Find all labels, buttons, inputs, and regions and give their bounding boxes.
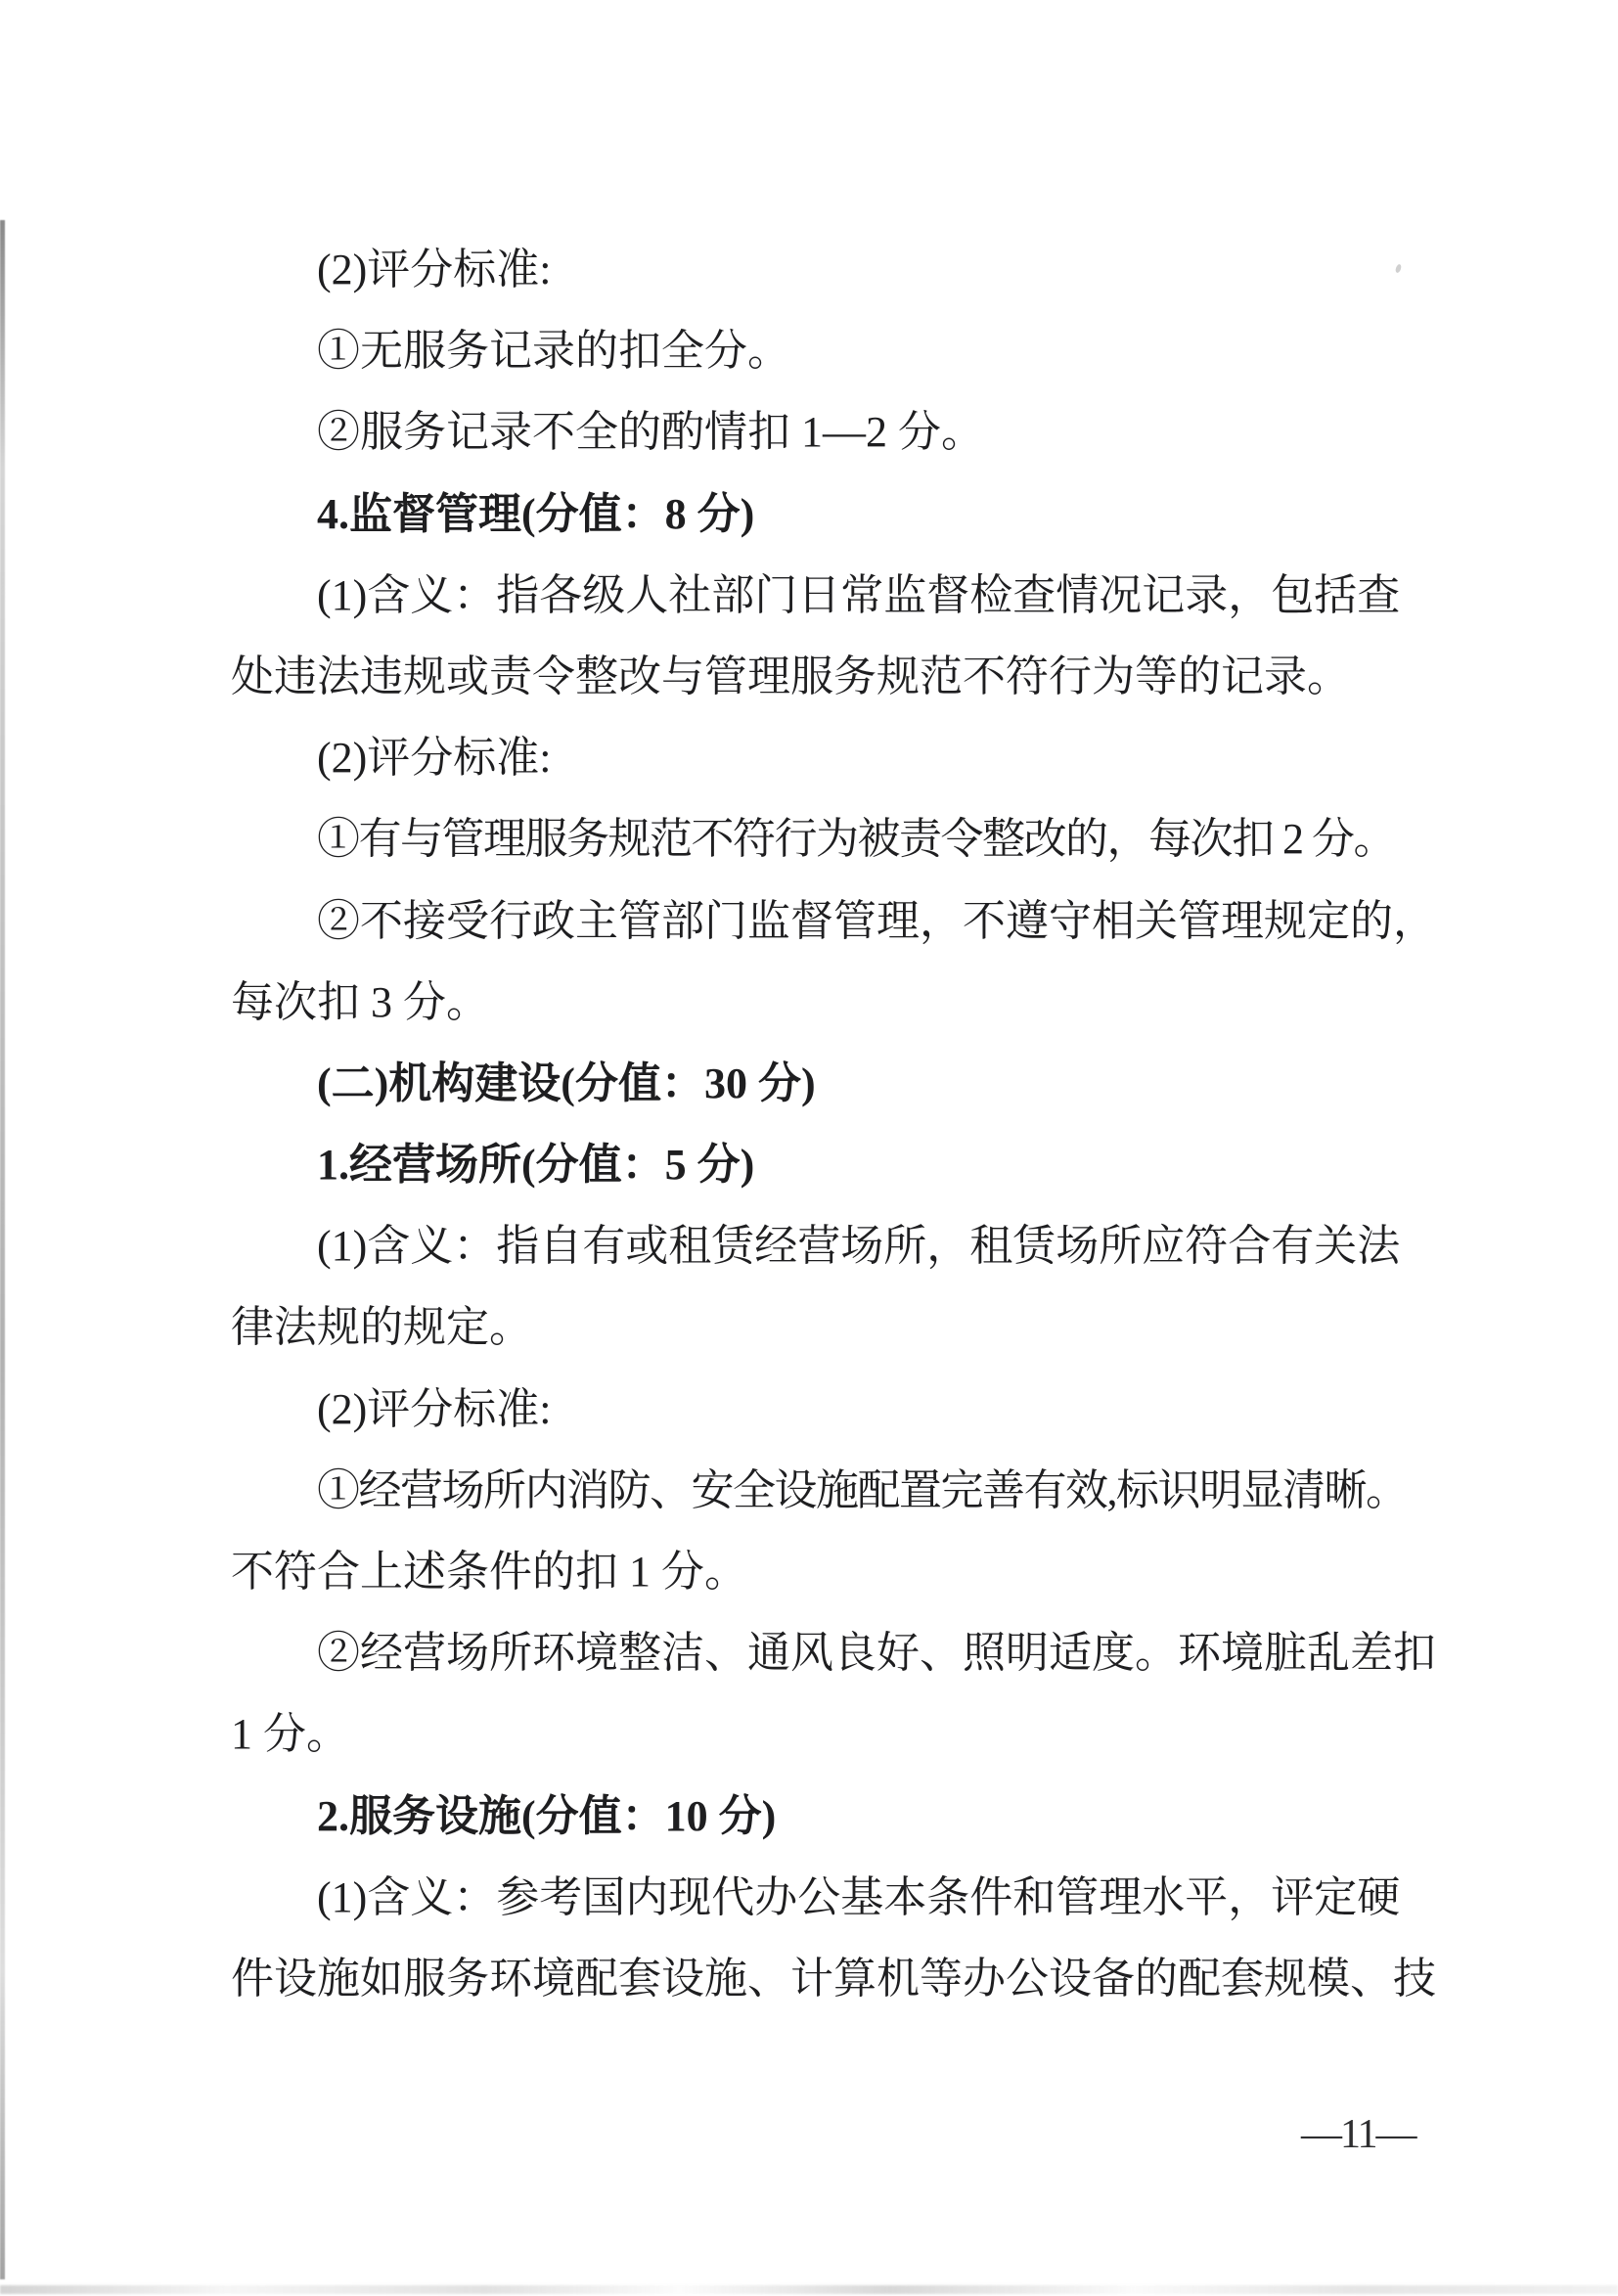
document-body: (2)评分标准:①无服务记录的扣全分。②服务记录不全的酌情扣 1—2 分。4.监… [231, 229, 1432, 2019]
heading-line: 4.监督管理(分值：8 分) [231, 473, 1432, 555]
text-line: 1 分。 [231, 1693, 1432, 1775]
heading-line: 1.经营场所(分值：5 分) [231, 1124, 1432, 1205]
scan-smudge-artifact [0, 2285, 1618, 2294]
text-line: 件设施如服务环境配套设施、计算机等办公设备的配套规模、技 [231, 1938, 1432, 2019]
text-line: ①有与管理服务规范不符行为被责令整改的，每次扣 2 分。 [231, 798, 1432, 879]
text-line: 处违法违规或责令整改与管理服务规范不符行为等的记录。 [231, 636, 1432, 717]
text-line: ②服务记录不全的酌情扣 1—2 分。 [231, 391, 1432, 473]
text-line: 律法规的规定。 [231, 1286, 1432, 1368]
heading-line: (二)机构建设(分值：30 分) [231, 1043, 1432, 1124]
text-line: 不符合上述条件的扣 1 分。 [231, 1531, 1432, 1612]
text-line: ①无服务记录的扣全分。 [231, 310, 1432, 391]
text-line: (2)评分标准: [231, 1369, 1432, 1450]
text-line: ②经营场所环境整洁、通风良好、照明适度。环境脏乱差扣 [231, 1612, 1432, 1693]
text-line: (2)评分标准: [231, 717, 1432, 798]
text-line: ②不接受行政主管部门监督管理，不遵守相关管理规定的， [231, 880, 1432, 962]
text-line: (1)含义：指各级人社部门日常监督检查情况记录，包括查 [231, 555, 1432, 636]
document-page: (2)评分标准:①无服务记录的扣全分。②服务记录不全的酌情扣 1—2 分。4.监… [0, 0, 1618, 2296]
text-line: 每次扣 3 分。 [231, 962, 1432, 1043]
text-line: (2)评分标准: [231, 229, 1432, 310]
page-number: —11— [1301, 2103, 1415, 2166]
heading-line: 2.服务设施(分值：10 分) [231, 1776, 1432, 1857]
text-line: (1)含义：指自有或租赁经营场所，租赁场所应符合有关法 [231, 1205, 1432, 1286]
text-line: ①经营场所内消防、安全设施配置完善有效,标识明显清晰。 [231, 1450, 1432, 1531]
text-line: (1)含义：参考国内现代办公基本条件和管理水平，评定硬 [231, 1857, 1432, 1938]
scan-edge-artifact [0, 220, 5, 2279]
